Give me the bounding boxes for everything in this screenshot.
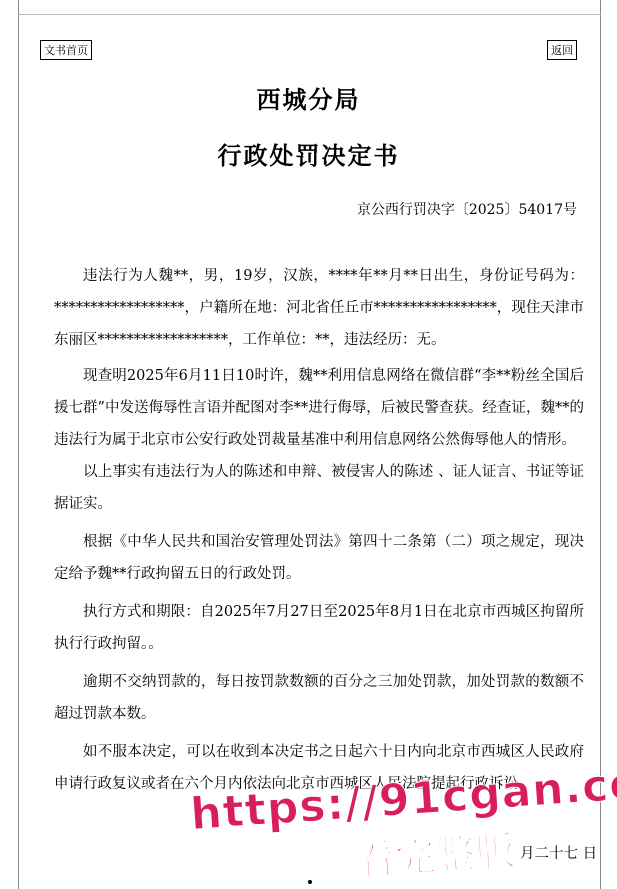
document-title: 行政处罚决定书 [0, 136, 617, 171]
watermark-subtitle: 看完整版 [353, 819, 517, 887]
paragraph-execution: 执行方式和期限：自2025年7月27日至2025年8月1日在北京市西城区拘留所执… [54, 596, 584, 660]
page-border-right [600, 0, 601, 889]
home-button[interactable]: 文书首页 [40, 40, 92, 60]
page-border-top [18, 14, 601, 15]
document-number: 京公西行罚决字〔2025〕54017号 [357, 199, 577, 219]
paragraph-facts: 现查明2025年6月11日10时许，魏**利用信息网络在微信群“李**粉丝全国后… [54, 360, 584, 456]
document-date: 月二十七 日 [520, 842, 597, 863]
paragraph-offender-info: 违法行为人魏**，男，19岁，汉族，****年**月**日出生，身份证号码为：*… [54, 260, 584, 356]
back-button[interactable]: 返回 [547, 40, 577, 60]
paragraph-evidence: 以上事实有违法行为人的陈述和申辩、被侵害人的陈述 、证人证言、书证等证据证实。 [54, 456, 584, 520]
agency-title: 西城分局 [0, 80, 617, 115]
page-dot [308, 880, 312, 884]
page-border-left [18, 0, 19, 889]
paragraph-legal-basis: 根据《中华人民共和国治安管理处罚法》第四十二条第（二）项之规定，现决定给予魏**… [54, 526, 584, 590]
paragraph-late-fee: 逾期不交纳罚款的，每日按罚款数额的百分之三加处罚款，加处罚款的数额不超过罚款本数… [54, 666, 584, 730]
